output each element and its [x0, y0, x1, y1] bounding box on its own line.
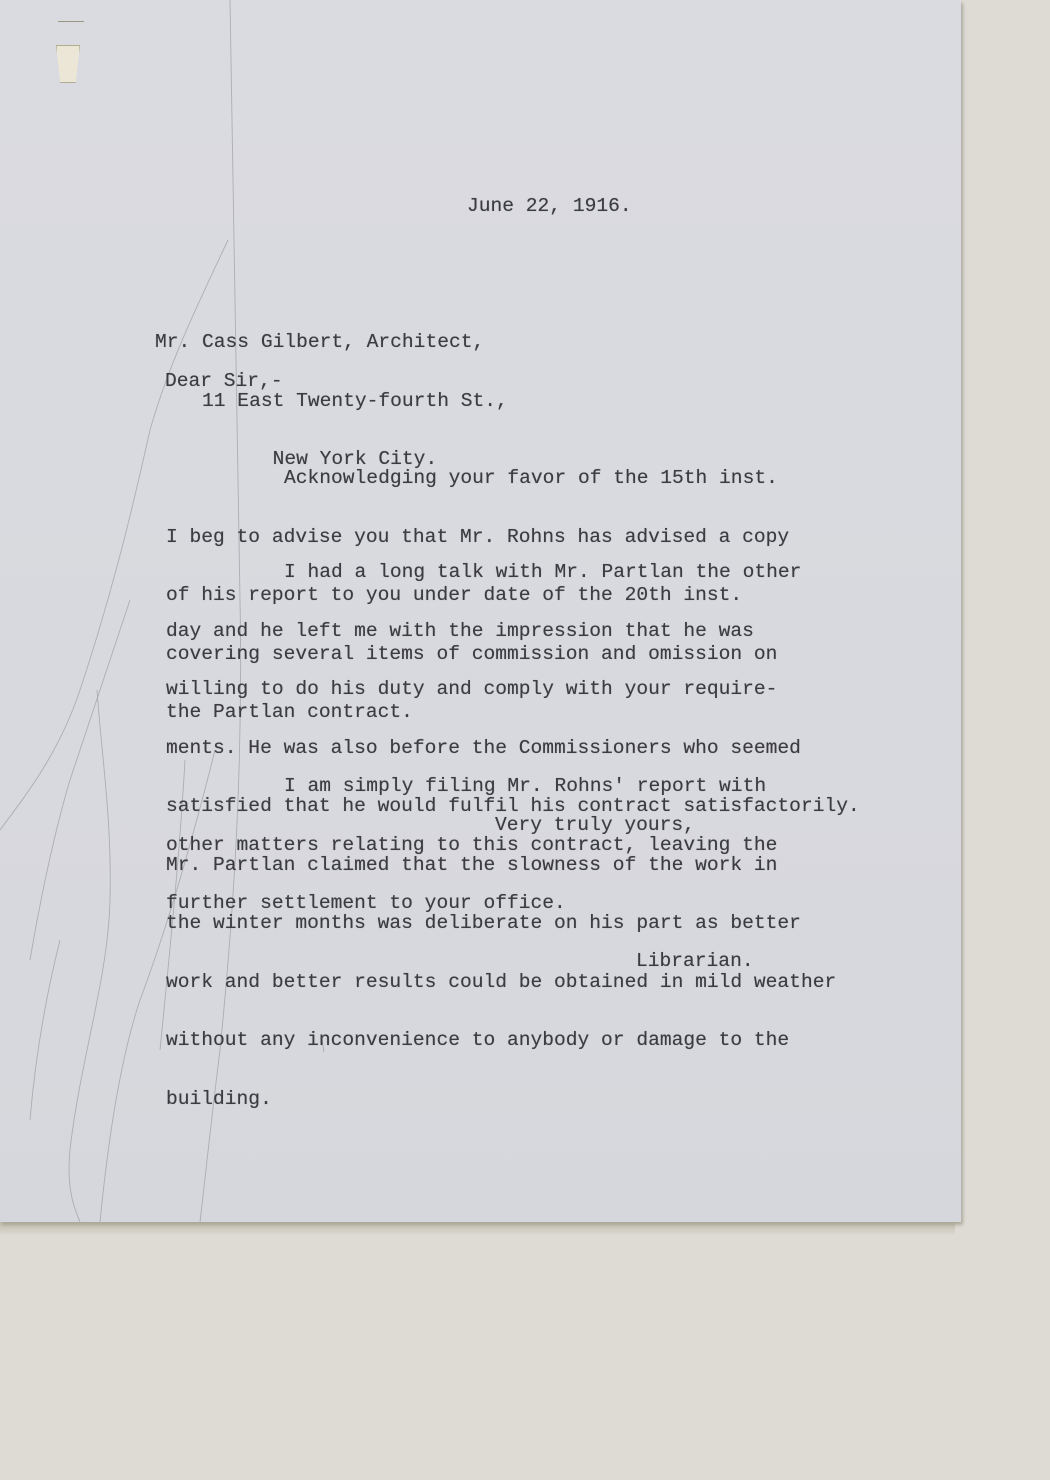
paragraph-line: work and better results could be obtaine…: [166, 973, 860, 993]
paragraph-line: other matters relating to this contract,…: [166, 836, 777, 856]
recipient-line: Mr. Cass Gilbert, Architect,: [155, 333, 508, 353]
paragraph-line: building.: [166, 1090, 860, 1110]
paragraph-line: willing to do his duty and comply with y…: [166, 680, 860, 700]
recipient-line: 11 East Twenty-fourth St.,: [155, 392, 508, 412]
paragraph-line: day and he left me with the impression t…: [166, 622, 860, 642]
letter-date: June 22, 1916.: [467, 197, 632, 217]
paragraph-line: I am simply filing Mr. Rohns' report wit…: [166, 777, 777, 797]
paragraph-line: Acknowledging your favor of the 15th ins…: [166, 469, 789, 489]
paragraph-line: without any inconvenience to anybody or …: [166, 1031, 860, 1051]
paragraph-line: I had a long talk with Mr. Partlan the o…: [166, 563, 860, 583]
salutation: Dear Sir,-: [165, 372, 283, 392]
pencil-tick-mark: [58, 21, 84, 22]
closing: Very truly yours,: [495, 816, 695, 836]
signature: Librarian.: [636, 952, 754, 972]
paper-edge-shadow: [0, 1222, 955, 1236]
paper-tab-mark: [56, 45, 80, 83]
paragraph-line: further settlement to your office.: [166, 894, 777, 914]
